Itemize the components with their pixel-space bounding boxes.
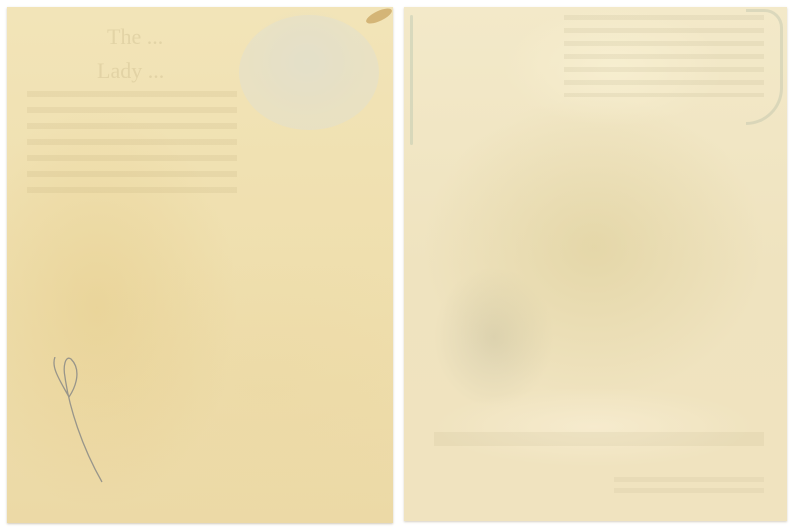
body-bleed-text [27, 91, 237, 201]
bottom-bleed-line-2 [614, 477, 764, 499]
top-bleed-text [564, 15, 764, 97]
title-bleed-line-2: Lady ... [97, 57, 164, 85]
bottom-bleed-line-1 [434, 432, 764, 446]
pencil-mark-icon [47, 357, 107, 487]
left-paper-sheet: The ... Lady ... [7, 7, 393, 523]
portrait-bleed-stain [239, 15, 379, 130]
right-paper-sheet [404, 7, 787, 521]
left-border-bleed [410, 15, 413, 145]
title-bleed-line-1: The ... [107, 23, 163, 51]
corner-stain [364, 7, 393, 26]
